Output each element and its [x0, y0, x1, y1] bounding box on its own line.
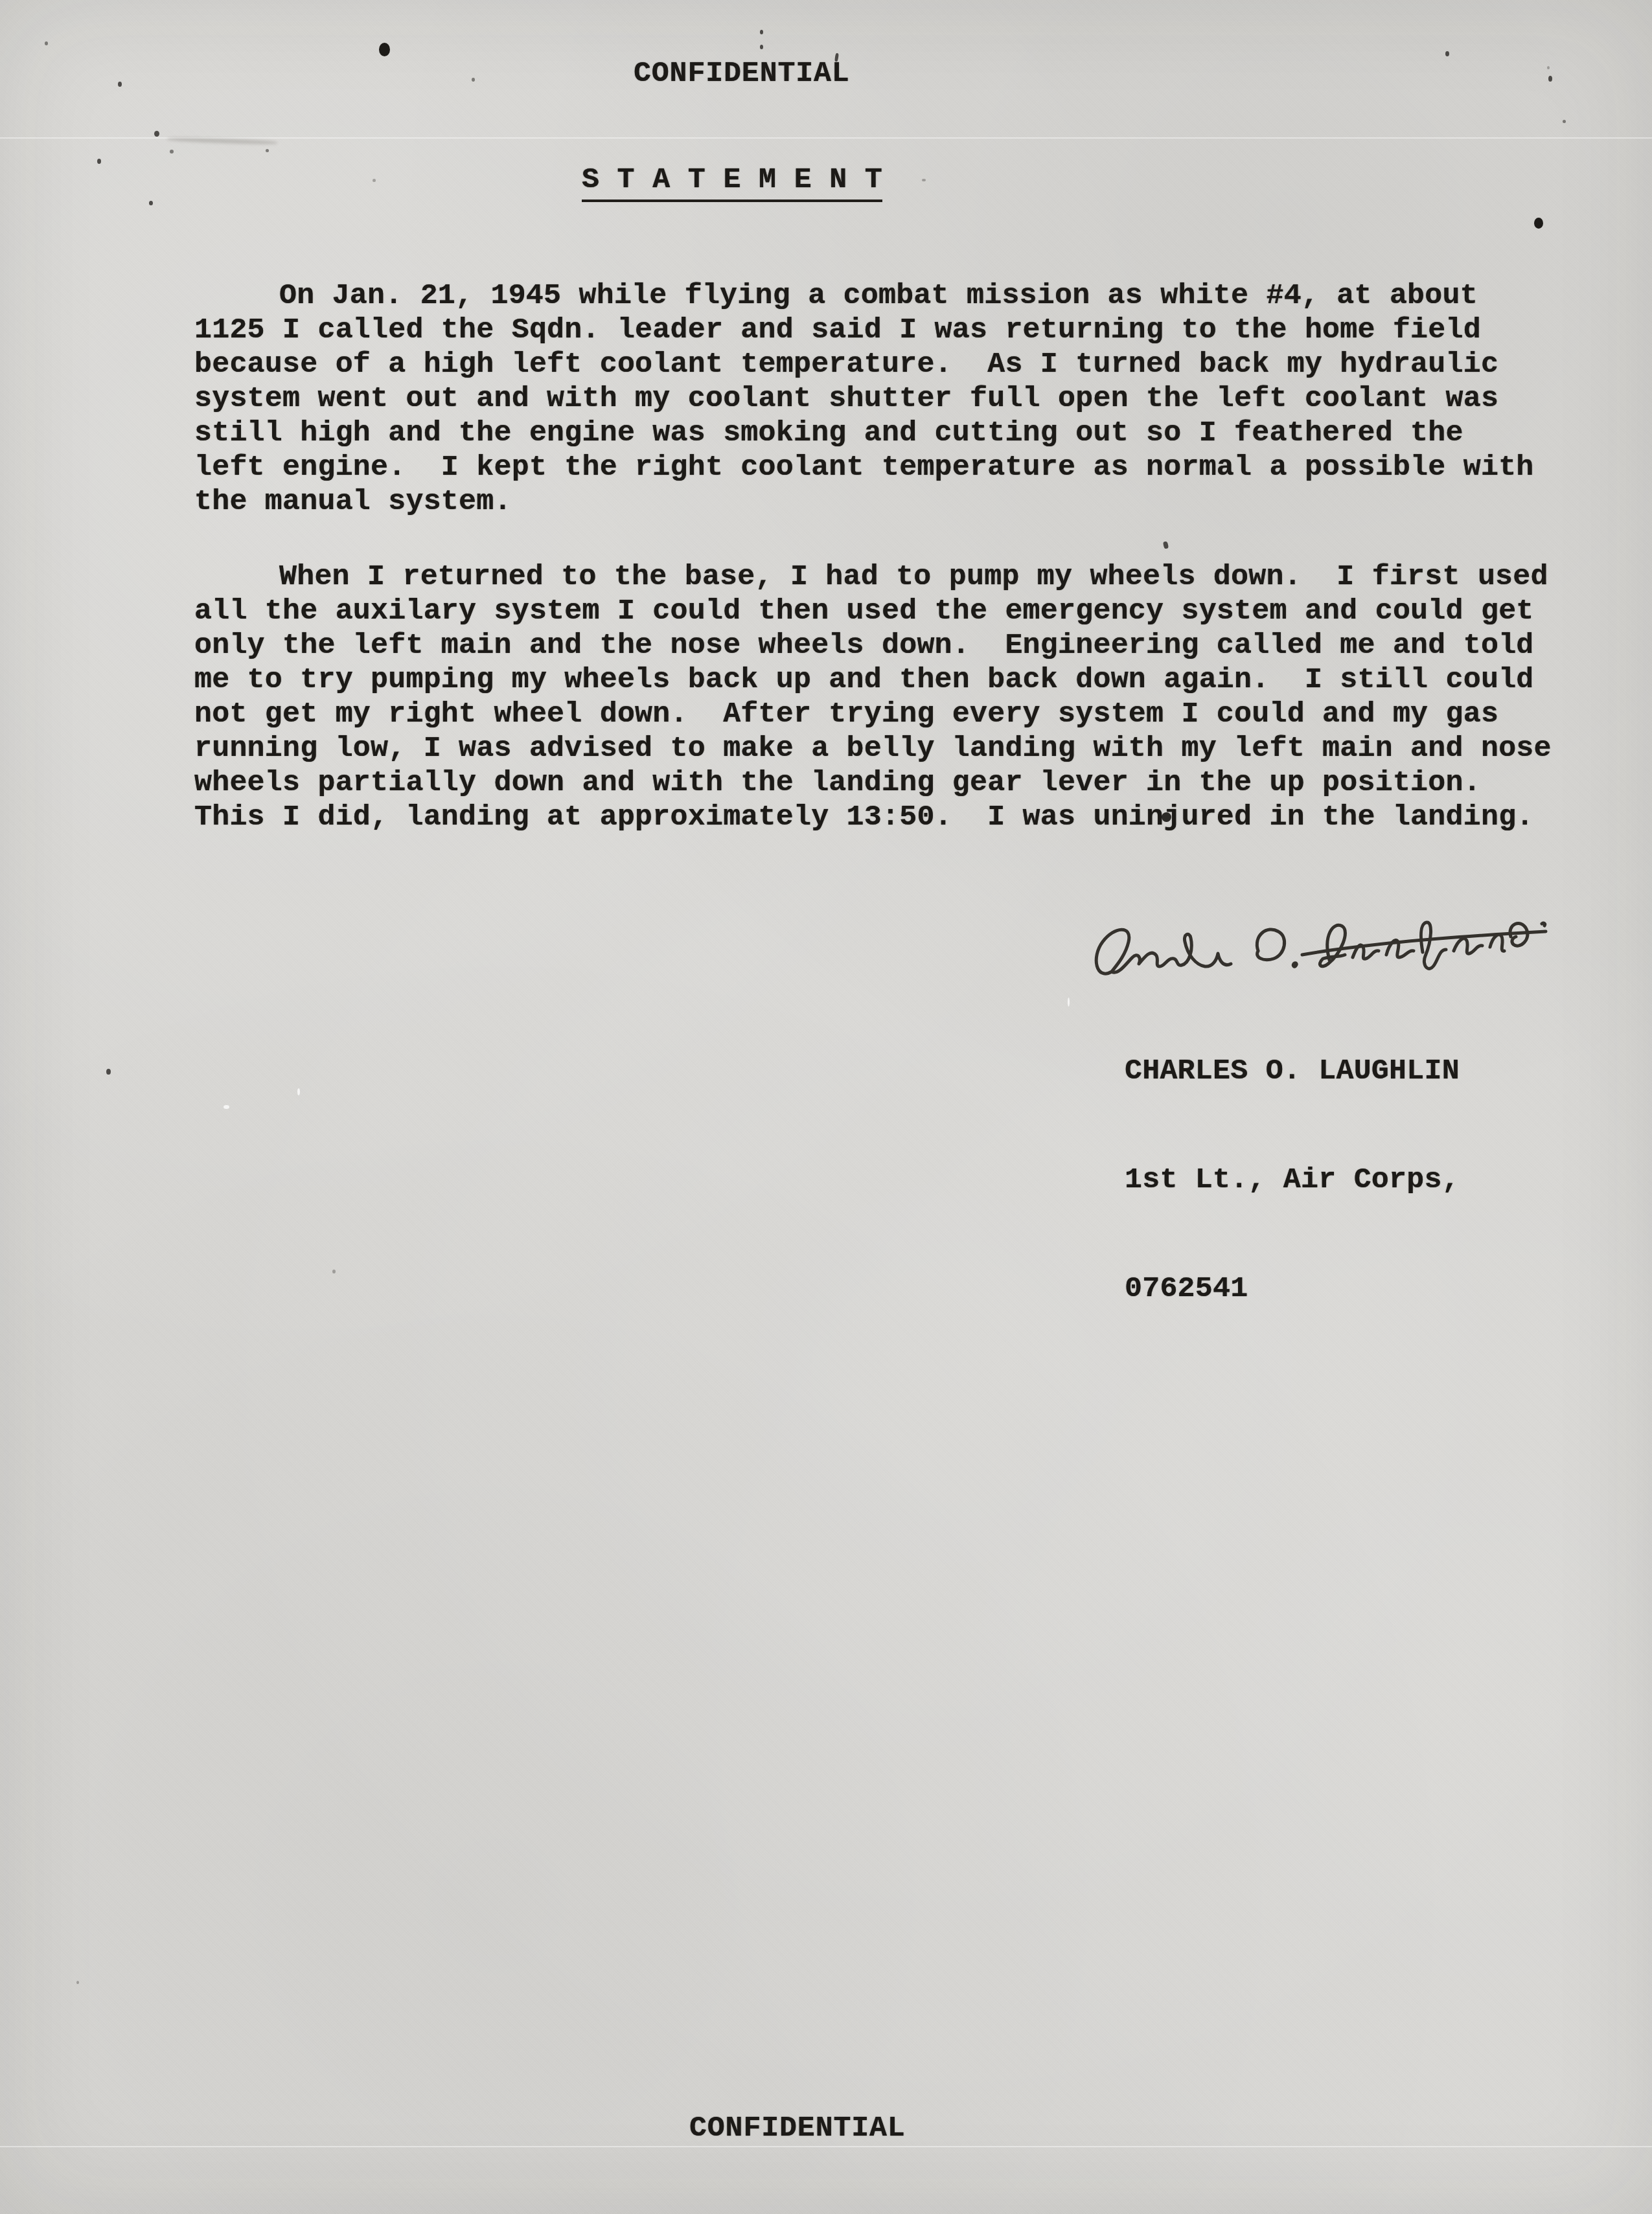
- body-line: When I returned to the base, I had to pu…: [194, 560, 1607, 594]
- body-line: all the auxilary system I could then use…: [194, 594, 1607, 628]
- ink-speck: [1163, 541, 1169, 549]
- classification-top: CONFIDENTIAL: [634, 57, 850, 90]
- ink-speck: [373, 179, 376, 182]
- rank-line: 1st Lt., Air Corps,: [1125, 1162, 1460, 1198]
- body-line: This I did, landing at approximately 13:…: [194, 800, 1607, 834]
- ink-speck: [266, 149, 269, 152]
- ink-speck: [332, 1270, 336, 1273]
- ink-speck: [106, 1069, 111, 1075]
- ink-speck: [1548, 76, 1552, 82]
- ink-speck: [472, 78, 475, 82]
- body-line: because of a high left coolant temperatu…: [194, 347, 1607, 382]
- ink-speck: [45, 41, 48, 45]
- ink-speck: [1563, 120, 1566, 123]
- paper-fleck: [297, 1088, 300, 1095]
- ink-speck: [154, 131, 159, 137]
- document-page: CONFIDENTIAL S T A T E M E N T On Jan. 2…: [0, 0, 1652, 2214]
- body-line: the manual system.: [194, 485, 1607, 519]
- fold-line-top: [0, 137, 1652, 139]
- paragraph-1: On Jan. 21, 1945 while flying a combat m…: [194, 279, 1607, 519]
- body-line: wheels partially down and with the landi…: [194, 766, 1607, 800]
- fold-line-bottom: [0, 2146, 1652, 2147]
- body-line: me to try pumping my wheels back up and …: [194, 663, 1607, 697]
- ink-speck: [1534, 218, 1543, 229]
- body-line: system went out and with my coolant shut…: [194, 382, 1607, 416]
- typed-name: CHARLES O. LAUGHLIN: [1125, 1053, 1460, 1090]
- body-line: still high and the engine was smoking an…: [194, 416, 1607, 450]
- ink-speck: [1445, 51, 1449, 56]
- ink-speck: [379, 43, 390, 56]
- ink-speck: [97, 159, 101, 164]
- body-line: only the left main and the nose wheels d…: [194, 628, 1607, 663]
- ink-speck: [149, 201, 153, 205]
- ink-speck: [118, 82, 122, 87]
- ink-speck: [170, 150, 174, 154]
- ink-speck: [1547, 66, 1550, 69]
- paragraph-2: When I returned to the base, I had to pu…: [194, 560, 1607, 834]
- signature-block: CHARLES O. LAUGHLIN 1st Lt., Air Corps, …: [1125, 981, 1460, 1380]
- statement-title: S T A T E M E N T: [582, 163, 882, 202]
- body-line: On Jan. 21, 1945 while flying a combat m…: [194, 279, 1607, 313]
- body-line: not get my right wheel down. After tryin…: [194, 697, 1607, 731]
- colon-mark: [760, 30, 763, 34]
- paper-fleck: [224, 1105, 229, 1109]
- colon-mark: [760, 45, 763, 49]
- ink-speck: [76, 1981, 79, 1984]
- paper-fleck: [1068, 998, 1070, 1007]
- body-line: running low, I was advised to make a bel…: [194, 731, 1607, 766]
- ink-speck: [922, 179, 926, 181]
- body-line: left engine. I kept the right coolant te…: [194, 450, 1607, 485]
- body-line: 1125 I called the Sqdn. leader and said …: [194, 313, 1607, 347]
- classification-bottom: CONFIDENTIAL: [689, 2112, 906, 2145]
- serial-number: 0762541: [1125, 1271, 1460, 1307]
